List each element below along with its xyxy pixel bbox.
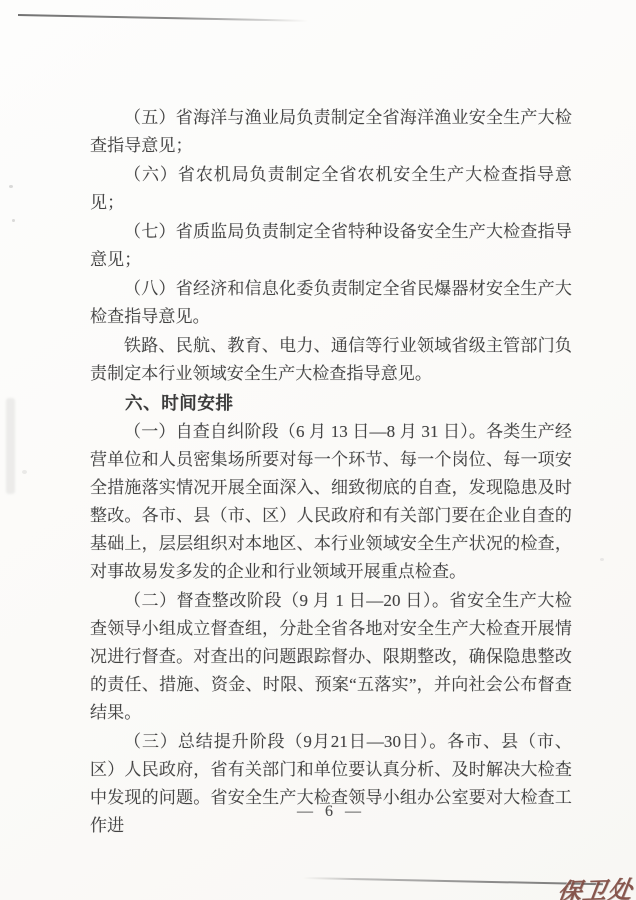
scan-noise <box>6 398 15 494</box>
scan-noise <box>600 558 604 561</box>
paragraph-phase-1-self-inspection: （一）自查自纠阶段（6 月 13 日—8 月 31 日）。各类生产经营单位和人员… <box>90 418 572 586</box>
scan-noise <box>22 470 27 474</box>
paragraph-item-5: （五）省海洋与渔业局负责制定全省海洋渔业安全生产大检查指导意见； <box>90 104 572 160</box>
paragraph-industry-departments: 铁路、民航、教育、电力、通信等行业领域省级主管部门负责制定本行业领域安全生产大检… <box>90 332 572 388</box>
scan-artifact-top-line <box>18 14 308 22</box>
paragraph-phase-3-summary-improvement: （三）总结提升阶段（9月21日—30日）。各市、县（市、区）人民政府，省有关部门… <box>90 728 572 840</box>
document-body: （五）省海洋与渔业局负责制定全省海洋渔业安全生产大检查指导意见； （六）省农机局… <box>90 104 572 841</box>
section-heading-time-arrangement: 六、时间安排 <box>90 389 572 417</box>
paragraph-item-8: （八）省经济和信息化委负责制定全省民爆器材安全生产大检查指导意见。 <box>90 275 572 331</box>
scan-noise <box>12 219 15 222</box>
paragraph-item-6: （六）省农机局负责制定全省农机安全生产大检查指导意见； <box>90 161 572 217</box>
security-office-stamp: 保卫处 <box>555 870 636 900</box>
scan-noise <box>9 185 13 188</box>
page-number: — 6 — <box>90 803 572 821</box>
paragraph-phase-2-supervision-rectification: （二）督查整改阶段（9 月 1 日—20 日）。省安全生产大检查领导小组成立督查… <box>90 587 572 727</box>
paragraph-item-7: （七）省质监局负责制定全省特种设备安全生产大检查指导意见； <box>90 218 572 274</box>
scanned-document-page: （五）省海洋与渔业局负责制定全省海洋渔业安全生产大检查指导意见； （六）省农机局… <box>0 0 636 900</box>
